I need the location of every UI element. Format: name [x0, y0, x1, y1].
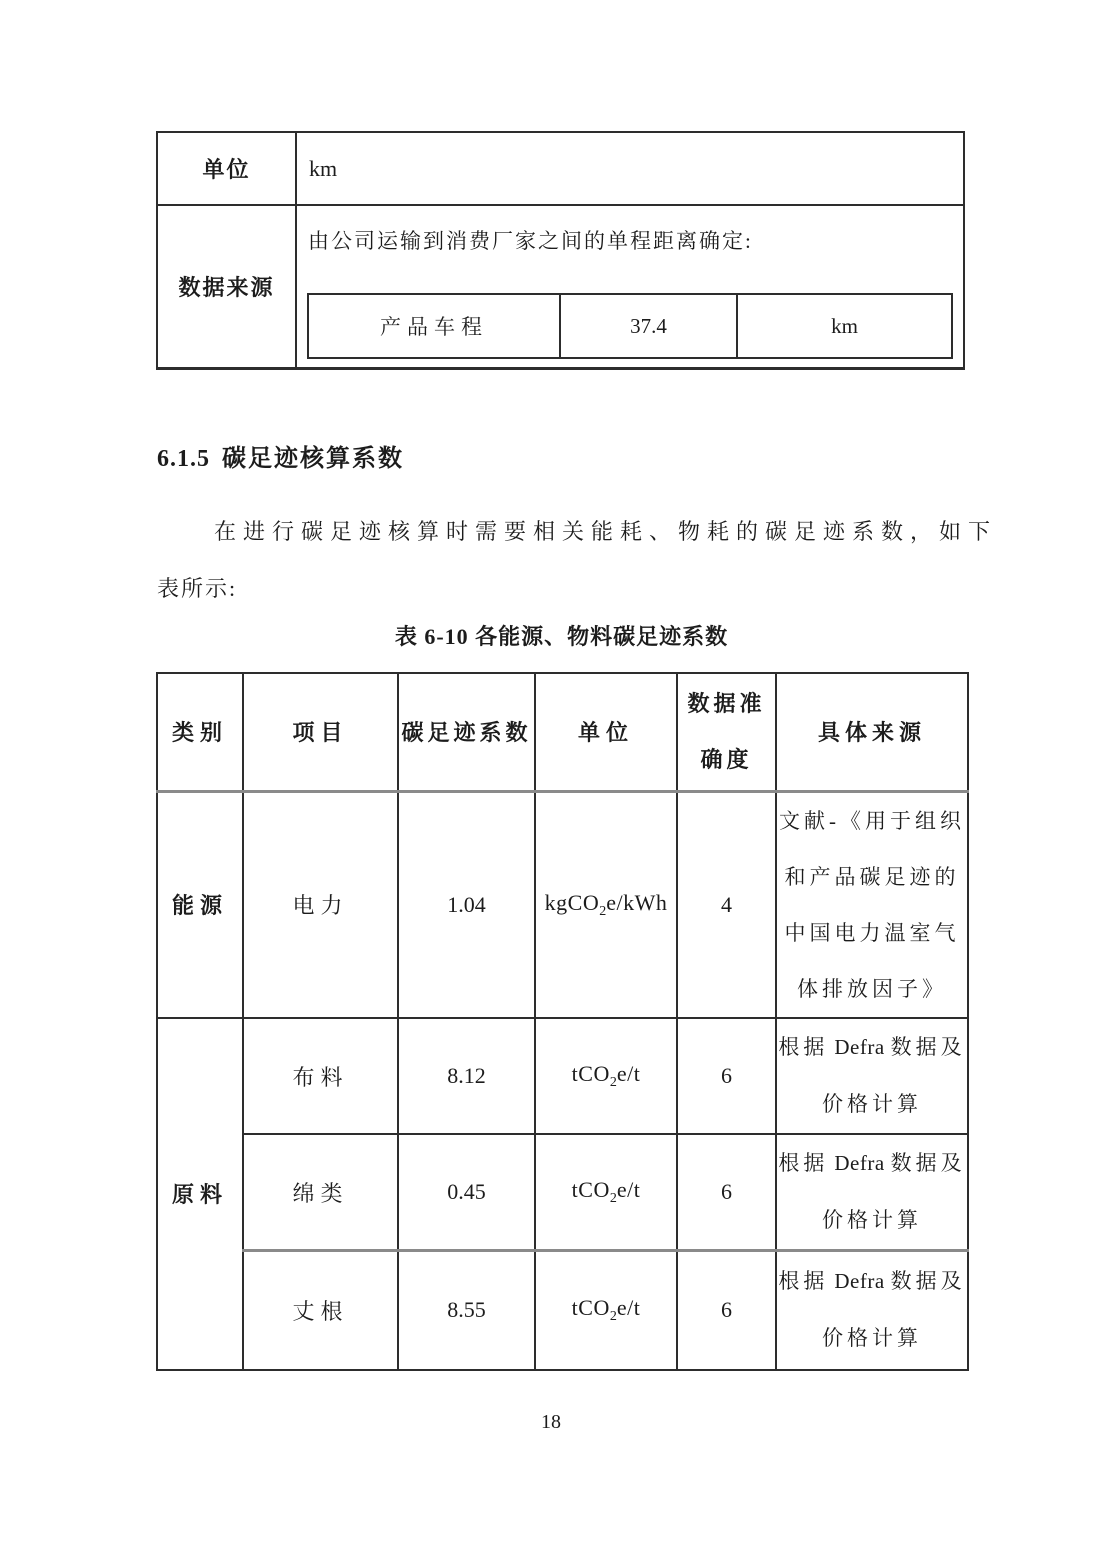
table-row: 单位 km: [158, 133, 963, 206]
header-accuracy: 数据准 确度: [677, 673, 776, 791]
table-caption: 表 6-10 各能源、物料碳足迹系数: [156, 620, 967, 651]
section-number: 6.1.5: [157, 446, 210, 472]
page-number: 18: [0, 1411, 1102, 1434]
header-source: 具体来源: [776, 673, 968, 791]
paragraph-line-2: 表所示:: [157, 572, 237, 603]
data-source-label: 数据来源: [158, 206, 297, 367]
section-title: 碳足迹核算系数: [222, 446, 404, 472]
item-cell: 电力: [243, 791, 398, 1018]
header-row: 类别 项目 碳足迹系数 单位 数据准 确度 具体来源: [157, 673, 968, 791]
unit-value: km: [297, 133, 963, 204]
paragraph-line-1: 在进行碳足迹核算时需要相关能耗、物耗的碳足迹系数，如下: [214, 515, 997, 546]
unit-cell: tCO2e/t: [535, 1134, 677, 1251]
accuracy-cell: 6: [677, 1018, 776, 1134]
source-cell: 根据Defra数据及 价格计算: [776, 1134, 968, 1251]
unit-label: 单位: [158, 133, 297, 204]
unit-cell: tCO2e/t: [535, 1251, 677, 1370]
data-source-description: 由公司运输到消费厂家之间的单程距离确定:: [308, 225, 753, 255]
table-row: 数据来源 由公司运输到消费厂家之间的单程距离确定: 产品车程 37.4 km: [158, 206, 963, 367]
source-cell: 根据Defra数据及 价格计算: [776, 1018, 968, 1134]
trip-unit-cell: km: [736, 295, 951, 357]
trip-distance-table: 产品车程 37.4 km: [307, 293, 953, 359]
unit-cell: kgCO2e/kWh: [535, 791, 677, 1018]
source-cell: 文献-《用于组织 和产品碳足迹的 中国电力温室气 体排放因子》: [776, 791, 968, 1018]
table-row: 丈根 8.55 tCO2e/t 6 根据Defra数据及 价格计算: [157, 1251, 968, 1370]
factor-cell: 8.12: [398, 1018, 535, 1134]
item-cell: 绵类: [243, 1134, 398, 1251]
data-source-content: 由公司运输到消费厂家之间的单程距离确定: 产品车程 37.4 km: [297, 206, 963, 367]
section-heading: 6.1.5碳足迹核算系数: [157, 438, 404, 473]
accuracy-cell: 6: [677, 1251, 776, 1370]
header-unit: 单位: [535, 673, 677, 791]
table-row: 原料 布料 8.12 tCO2e/t 6 根据Defra数据及 价格计算: [157, 1018, 968, 1134]
trip-value-cell: 37.4: [559, 295, 736, 357]
header-category: 类别: [157, 673, 243, 791]
accuracy-cell: 6: [677, 1134, 776, 1251]
item-cell: 丈根: [243, 1251, 398, 1370]
item-cell: 布料: [243, 1018, 398, 1134]
table-row: 能源 电力 1.04 kgCO2e/kWh 4 文献-《用于组织 和产品碳足迹的…: [157, 791, 968, 1018]
header-item: 项目: [243, 673, 398, 791]
category-cell: 能源: [157, 791, 243, 1018]
factor-cell: 8.55: [398, 1251, 535, 1370]
document-page: 单位 km 数据来源 由公司运输到消费厂家之间的单程距离确定: 产品车程 37.…: [0, 0, 1102, 1559]
header-factor: 碳足迹系数: [398, 673, 535, 791]
factor-cell: 0.45: [398, 1134, 535, 1251]
factor-cell: 1.04: [398, 791, 535, 1018]
table-row: 绵类 0.45 tCO2e/t 6 根据Defra数据及 价格计算: [157, 1134, 968, 1251]
category-cell: 原料: [157, 1018, 243, 1370]
source-cell: 根据Defra数据及 价格计算: [776, 1251, 968, 1370]
accuracy-cell: 4: [677, 791, 776, 1018]
carbon-factor-table: 类别 项目 碳足迹系数 单位 数据准 确度 具体来源 能源 电力 1.04 kg…: [156, 672, 969, 1371]
distance-data-table: 单位 km 数据来源 由公司运输到消费厂家之间的单程距离确定: 产品车程 37.…: [156, 131, 965, 370]
unit-cell: tCO2e/t: [535, 1018, 677, 1134]
trip-name-cell: 产品车程: [309, 295, 559, 357]
